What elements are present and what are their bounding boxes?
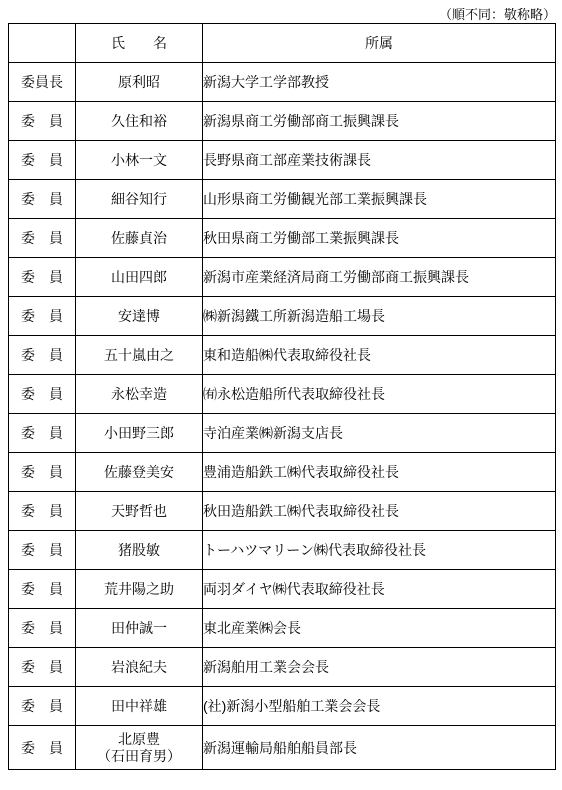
table-row: 委 員 佐藤貞治 秋田県商工労働部工業振興課長 — [9, 219, 556, 258]
member-name: 五十嵐由之 — [76, 347, 202, 364]
member-name: 岩浪紀夫 — [76, 659, 202, 676]
role-cell: 委 員 — [9, 531, 76, 570]
role-cell: 委 員 — [9, 102, 76, 141]
role-cell: 委 員 — [9, 609, 76, 648]
header-row: 氏 名 所属 — [9, 24, 556, 63]
name-cell: 小田野三郎 — [76, 414, 203, 453]
table-row: 委 員 田仲誠一 東北産業㈱会長 — [9, 609, 556, 648]
affiliation-cell: 新潟市産業経済局商工労働部商工振興課長 — [203, 258, 556, 297]
role-cell: 委 員 — [9, 297, 76, 336]
role-cell: 委 員 — [9, 414, 76, 453]
role-cell: 委 員 — [9, 453, 76, 492]
name-cell: 北原豊 （石田育男） — [76, 726, 203, 770]
affiliation-cell: 寺泊産業㈱新潟支店長 — [203, 414, 556, 453]
table-row: 委 員 安達博 ㈱新潟鐵工所新潟造船工場長 — [9, 297, 556, 336]
name-cell: 小林一文 — [76, 141, 203, 180]
role-cell: 委 員 — [9, 726, 76, 770]
affiliation-cell: 東和造船㈱代表取締役社長 — [203, 336, 556, 375]
name-cell: 岩浪紀夫 — [76, 648, 203, 687]
header-name: 氏 名 — [76, 24, 203, 63]
name-cell: 安達博 — [76, 297, 203, 336]
affiliation-cell: 東北産業㈱会長 — [203, 609, 556, 648]
name-cell: 原利昭 — [76, 63, 203, 102]
name-cell: 佐藤登美安 — [76, 453, 203, 492]
member-name: 永松幸造 — [76, 386, 202, 403]
name-cell: 田中祥雄 — [76, 687, 203, 726]
member-name: 山田四郎 — [76, 269, 202, 286]
order-disclaimer-note: （順不同：敬称略） — [439, 4, 556, 23]
member-name: 田中祥雄 — [76, 698, 202, 715]
table-row: 委 員 荒井陽之助 両羽ダイヤ㈱代表取締役社長 — [9, 570, 556, 609]
affiliation-cell: 秋田県商工労働部工業振興課長 — [203, 219, 556, 258]
affiliation-cell: ㈱新潟鐵工所新潟造船工場長 — [203, 297, 556, 336]
role-cell: 委 員 — [9, 492, 76, 531]
committee-members-table: 氏 名 所属 委員長 原利昭 新潟大学工学部教授 委 員 久住和裕 新潟県商工労… — [8, 23, 556, 770]
table-row: 委 員 岩浪紀夫 新潟舶用工業会会長 — [9, 648, 556, 687]
table-body: 委員長 原利昭 新潟大学工学部教授 委 員 久住和裕 新潟県商工労働部商工振興課… — [9, 63, 556, 770]
role-cell: 委 員 — [9, 219, 76, 258]
name-cell: 細谷知行 — [76, 180, 203, 219]
table-row: 委 員 山田四郎 新潟市産業経済局商工労働部商工振興課長 — [9, 258, 556, 297]
header-affiliation: 所属 — [203, 24, 556, 63]
member-name: 小林一文 — [76, 152, 202, 169]
table-row: 委 員 猪股敏 トーハツマリーン㈱代表取締役社長 — [9, 531, 556, 570]
affiliation-cell: 両羽ダイヤ㈱代表取締役社長 — [203, 570, 556, 609]
name-cell: 天野哲也 — [76, 492, 203, 531]
table-row: 委 員 細谷知行 山形県商工労働観光部工業振興課長 — [9, 180, 556, 219]
table-row: 委 員 北原豊 （石田育男） 新潟運輸局船舶船員部長 — [9, 726, 556, 770]
name-cell: 佐藤貞治 — [76, 219, 203, 258]
affiliation-cell: 山形県商工労働観光部工業振興課長 — [203, 180, 556, 219]
table-row: 委 員 小林一文 長野県商工部産業技術課長 — [9, 141, 556, 180]
table-row: 委 員 小田野三郎 寺泊産業㈱新潟支店長 — [9, 414, 556, 453]
affiliation-cell: 新潟舶用工業会会長 — [203, 648, 556, 687]
name-cell: 田仲誠一 — [76, 609, 203, 648]
affiliation-cell: トーハツマリーン㈱代表取締役社長 — [203, 531, 556, 570]
header-role — [9, 24, 76, 63]
affiliation-cell: (社)新潟小型船舶工業会会長 — [203, 687, 556, 726]
table-row: 委 員 天野哲也 秋田造船鉄工㈱代表取締役社長 — [9, 492, 556, 531]
member-name: 小田野三郎 — [76, 425, 202, 442]
table-row: 委 員 永松幸造 ㈲永松造船所代表取締役社長 — [9, 375, 556, 414]
document-page: （順不同：敬称略） 氏 名 所属 委員長 原利昭 新潟大学工学部教授 委 員 久… — [0, 0, 562, 790]
affiliation-cell: ㈲永松造船所代表取締役社長 — [203, 375, 556, 414]
affiliation-cell: 新潟大学工学部教授 — [203, 63, 556, 102]
name-cell: 荒井陽之助 — [76, 570, 203, 609]
role-cell: 委 員 — [9, 648, 76, 687]
role-cell: 委 員 — [9, 180, 76, 219]
name-cell: 猪股敏 — [76, 531, 203, 570]
member-name: 北原豊 — [76, 731, 202, 748]
member-name: 佐藤貞治 — [76, 230, 202, 247]
name-cell: 久住和裕 — [76, 102, 203, 141]
role-cell: 委 員 — [9, 141, 76, 180]
role-cell: 委 員 — [9, 336, 76, 375]
role-cell: 委 員 — [9, 258, 76, 297]
member-name-alt: （石田育男） — [76, 748, 202, 765]
role-cell: 委 員 — [9, 570, 76, 609]
member-name: 田仲誠一 — [76, 620, 202, 637]
member-name: 天野哲也 — [76, 503, 202, 520]
table-row: 委 員 田中祥雄 (社)新潟小型船舶工業会会長 — [9, 687, 556, 726]
member-name: 原利昭 — [76, 74, 202, 91]
affiliation-cell: 新潟県商工労働部商工振興課長 — [203, 102, 556, 141]
member-name: 佐藤登美安 — [76, 464, 202, 481]
name-cell: 山田四郎 — [76, 258, 203, 297]
member-name: 久住和裕 — [76, 113, 202, 130]
affiliation-cell: 秋田造船鉄工㈱代表取締役社長 — [203, 492, 556, 531]
table-row: 委 員 五十嵐由之 東和造船㈱代表取締役社長 — [9, 336, 556, 375]
affiliation-cell: 長野県商工部産業技術課長 — [203, 141, 556, 180]
role-cell: 委 員 — [9, 687, 76, 726]
name-cell: 五十嵐由之 — [76, 336, 203, 375]
member-name: 細谷知行 — [76, 191, 202, 208]
role-cell: 委員長 — [9, 63, 76, 102]
member-name: 安達博 — [76, 308, 202, 325]
table-row: 委 員 久住和裕 新潟県商工労働部商工振興課長 — [9, 102, 556, 141]
role-cell: 委 員 — [9, 375, 76, 414]
member-name: 猪股敏 — [76, 542, 202, 559]
name-cell: 永松幸造 — [76, 375, 203, 414]
table-row: 委員長 原利昭 新潟大学工学部教授 — [9, 63, 556, 102]
affiliation-cell: 新潟運輸局船舶船員部長 — [203, 726, 556, 770]
table-row: 委 員 佐藤登美安 豊浦造船鉄工㈱代表取締役社長 — [9, 453, 556, 492]
affiliation-cell: 豊浦造船鉄工㈱代表取締役社長 — [203, 453, 556, 492]
member-name: 荒井陽之助 — [76, 581, 202, 598]
